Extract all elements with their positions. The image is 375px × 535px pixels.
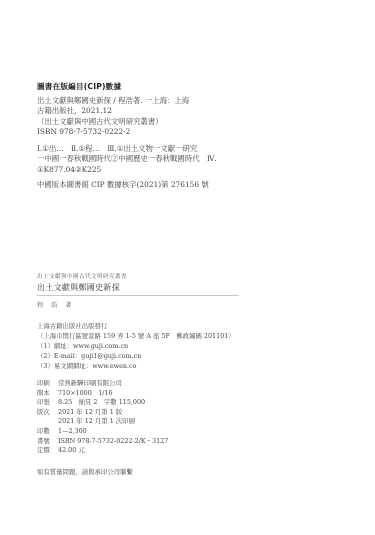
spec-label: 印數 [37, 427, 58, 437]
spec-label: 定價 [37, 446, 58, 456]
spec-value: 2021 年 12 月第 1 版 [58, 408, 122, 418]
spec-value: 1—2,300 [58, 427, 87, 437]
spec-label: 開本 [37, 389, 58, 399]
author: 程 浩 著 [37, 300, 75, 309]
spec-row: 印張 8.25 插頁 2 字數 115,000 [37, 398, 168, 408]
publisher-ewen-website: （3）易文網網址：www.ewen.co [37, 361, 235, 371]
cip-heading: 圖書在版編目(CIP)數據 [37, 81, 121, 92]
spec-row: 印刷 常熟新驊印刷有限公司 [37, 379, 168, 389]
spec-label: 印張 [37, 398, 58, 408]
copyright-page: 圖書在版編目(CIP)數據 出土文獻與鄭國史新探 / 程浩著. 一上海：上海 古… [0, 0, 375, 535]
classification-line: Ⅰ.①出… Ⅱ.①程… Ⅲ.①出土文物一文獻一研究 [37, 144, 217, 154]
spec-row: 印數 1—2,300 [37, 427, 168, 437]
spec-row: 版次 2021 年 12 月第 1 版 [37, 408, 168, 418]
publisher-info: 上海古籍出版社出版發行 （上海市閔行區號景路 159 弄 1-5 號 A 座 5… [37, 321, 235, 371]
print-specs: 印刷 常熟新驊印刷有限公司 開本 710×1000 1/16 印張 8.25 插… [37, 379, 168, 456]
cip-line: 出土文獻與鄭國史新探 / 程浩著. 一上海：上海 [37, 96, 189, 106]
spec-row: 定價 42.00 元 [37, 446, 168, 456]
cip-line: 古籍出版社，2021.12 [37, 106, 189, 116]
classification-line: 一中國一春秋戰國時代②中國歷史一春秋戰國時代 Ⅳ. [37, 154, 217, 164]
publisher-website: （1）網址：www.guji.com.cn [37, 341, 235, 351]
cip-isbn: ISBN 978-7-5732-0222-2 [37, 127, 189, 137]
spec-label: 版次 [37, 408, 58, 418]
cip-classification: Ⅰ.①出… Ⅱ.①程… Ⅲ.①出土文物一文獻一研究 一中國一春秋戰國時代②中國歷… [37, 144, 217, 175]
spec-value: 710×1000 1/16 [58, 389, 113, 399]
spec-value: ISBN 978-7-5732-0222-2/K・3127 [58, 437, 168, 447]
spec-value: 常熟新驊印刷有限公司 [58, 379, 122, 389]
spec-row: 2021 年 12 月第 1 次印刷 [37, 417, 168, 427]
spec-label [37, 417, 58, 427]
publisher-name: 上海古籍出版社出版發行 [37, 321, 235, 331]
spec-row: 書號 ISBN 978-7-5732-0222-2/K・3127 [37, 437, 168, 447]
book-title: 出土文獻與鄭國史新探 [37, 282, 120, 293]
title-divider [37, 295, 239, 296]
spec-label: 印刷 [37, 379, 58, 389]
spec-value: 42.00 元 [58, 446, 85, 456]
cip-record: 出土文獻與鄭國史新探 / 程浩著. 一上海：上海 古籍出版社，2021.12 （… [37, 96, 189, 137]
classification-line: ①K877.04②K225 [37, 165, 217, 175]
publisher-email: （2）E-mail：guji1@guji.com.cn [37, 351, 235, 361]
spec-value: 8.25 插頁 2 字數 115,000 [58, 398, 145, 408]
spec-value: 2021 年 12 月第 1 次印刷 [58, 417, 135, 427]
spec-label: 書號 [37, 437, 58, 447]
series-name: 出土文獻與中國古代文明研究叢書 [37, 272, 127, 280]
spec-row: 開本 710×1000 1/16 [37, 389, 168, 399]
cip-line: （出土文獻與中國古代文明研究叢書） [37, 117, 189, 127]
cip-number: 中國版本圖書館 CIP 數據核字(2021)第 276156 號 [37, 179, 209, 190]
quality-notice: 如有質量問題，請與承印公司聯繫 [37, 467, 133, 476]
publisher-address: （上海市閔行區號景路 159 弄 1-5 號 A 座 5F 郵政編碼 20110… [37, 331, 235, 341]
